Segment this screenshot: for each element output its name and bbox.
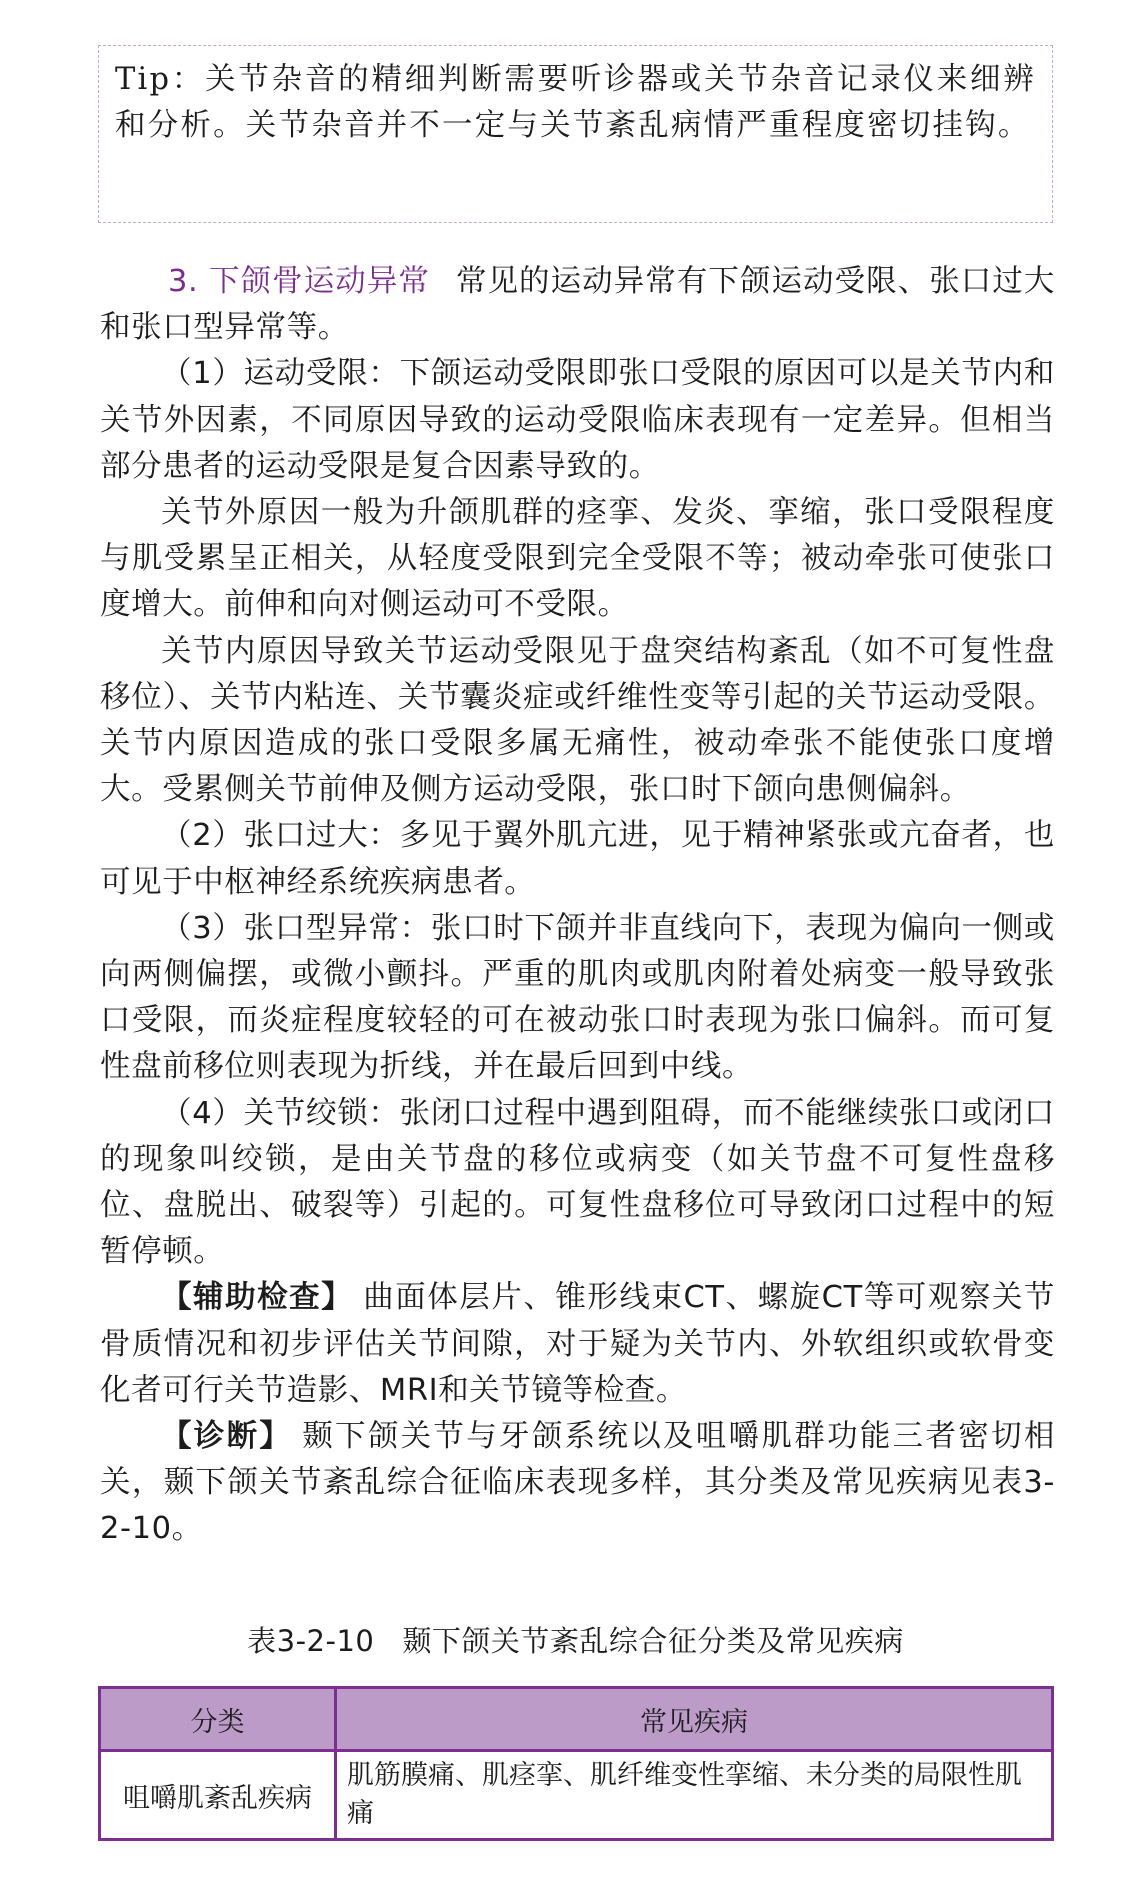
main-text: 3. 下颌骨运动异常常见的运动异常有下颌运动受限、张口过大和张口型异常等。 （1… bbox=[100, 259, 1055, 1553]
paragraph-opening-pattern: （3）张口型异常：张口时下颌并非直线向下，表现为偏向一侧或向两侧偏摆，或微小颤抖… bbox=[100, 906, 1055, 1091]
section-heading-paragraph: 3. 下颌骨运动异常常见的运动异常有下颌运动受限、张口过大和张口型异常等。 bbox=[100, 259, 1055, 351]
classification-table: 分类 常见疾病 咀嚼肌紊乱疾病 肌筋膜痛、肌痉挛、肌纤维变性挛缩、未分类的局限性… bbox=[98, 1686, 1054, 1841]
paragraph-intra-articular: 关节内原因导致关节运动受限见于盘突结构紊乱（如不可复性盘移位）、关节内粘连、关节… bbox=[100, 629, 1055, 814]
paragraph-joint-locking: （4）关节绞锁：张闭口过程中遇到阻碍，而不能继续张口或闭口的现象叫绞锁，是由关节… bbox=[100, 1091, 1055, 1276]
auxiliary-exam-label: 【辅助检查】 bbox=[161, 1280, 353, 1315]
table-caption-title: 颞下颌关节紊乱综合征分类及常见疾病 bbox=[402, 1624, 904, 1658]
table-row: 咀嚼肌紊乱疾病 肌筋膜痛、肌痉挛、肌纤维变性挛缩、未分类的局限性肌痛 bbox=[100, 1751, 1053, 1840]
paragraph-excessive-opening: （2）张口过大：多见于翼外肌亢进，见于精神紧张或亢奋者，也可见于中枢神经系统疾病… bbox=[100, 813, 1055, 905]
header-common-diseases: 常见疾病 bbox=[336, 1688, 1053, 1751]
section-heading: 3. 下颌骨运动异常 bbox=[168, 264, 430, 299]
cell-category: 咀嚼肌紊乱疾病 bbox=[100, 1751, 336, 1840]
paragraph-motion-restriction: （1）运动受限：下颌运动受限即张口受限的原因可以是关节内和关节外因素，不同原因导… bbox=[100, 351, 1055, 490]
table-caption-number: 表3-2-10 bbox=[247, 1624, 374, 1658]
header-category: 分类 bbox=[100, 1688, 336, 1751]
tip-text: Tip：关节杂音的精细判断需要听诊器或关节杂音记录仪来细辨和分析。关节杂音并不一… bbox=[115, 62, 1036, 143]
paragraph-diagnosis: 【诊断】颞下颌关节与牙颌系统以及咀嚼肌群功能三者密切相关，颞下颌关节紊乱综合征临… bbox=[100, 1414, 1055, 1553]
diagnosis-label: 【诊断】 bbox=[161, 1419, 292, 1454]
cell-diseases: 肌筋膜痛、肌痉挛、肌纤维变性挛缩、未分类的局限性肌痛 bbox=[336, 1751, 1053, 1840]
paragraph-extra-articular: 关节外原因一般为升颌肌群的痉挛、发炎、挛缩，张口受限程度与肌受累呈正相关，从轻度… bbox=[100, 490, 1055, 629]
tip-box: Tip：关节杂音的精细判断需要听诊器或关节杂音记录仪来细辨和分析。关节杂音并不一… bbox=[98, 45, 1053, 223]
table-header-row: 分类 常见疾病 bbox=[100, 1688, 1053, 1751]
paragraph-auxiliary-exam: 【辅助检查】曲面体层片、锥形线束CT、螺旋CT等可观察关节骨质情况和初步评估关节… bbox=[100, 1275, 1055, 1414]
table-caption: 表3-2-10颞下颌关节紊乱综合征分类及常见疾病 bbox=[98, 1620, 1053, 1662]
